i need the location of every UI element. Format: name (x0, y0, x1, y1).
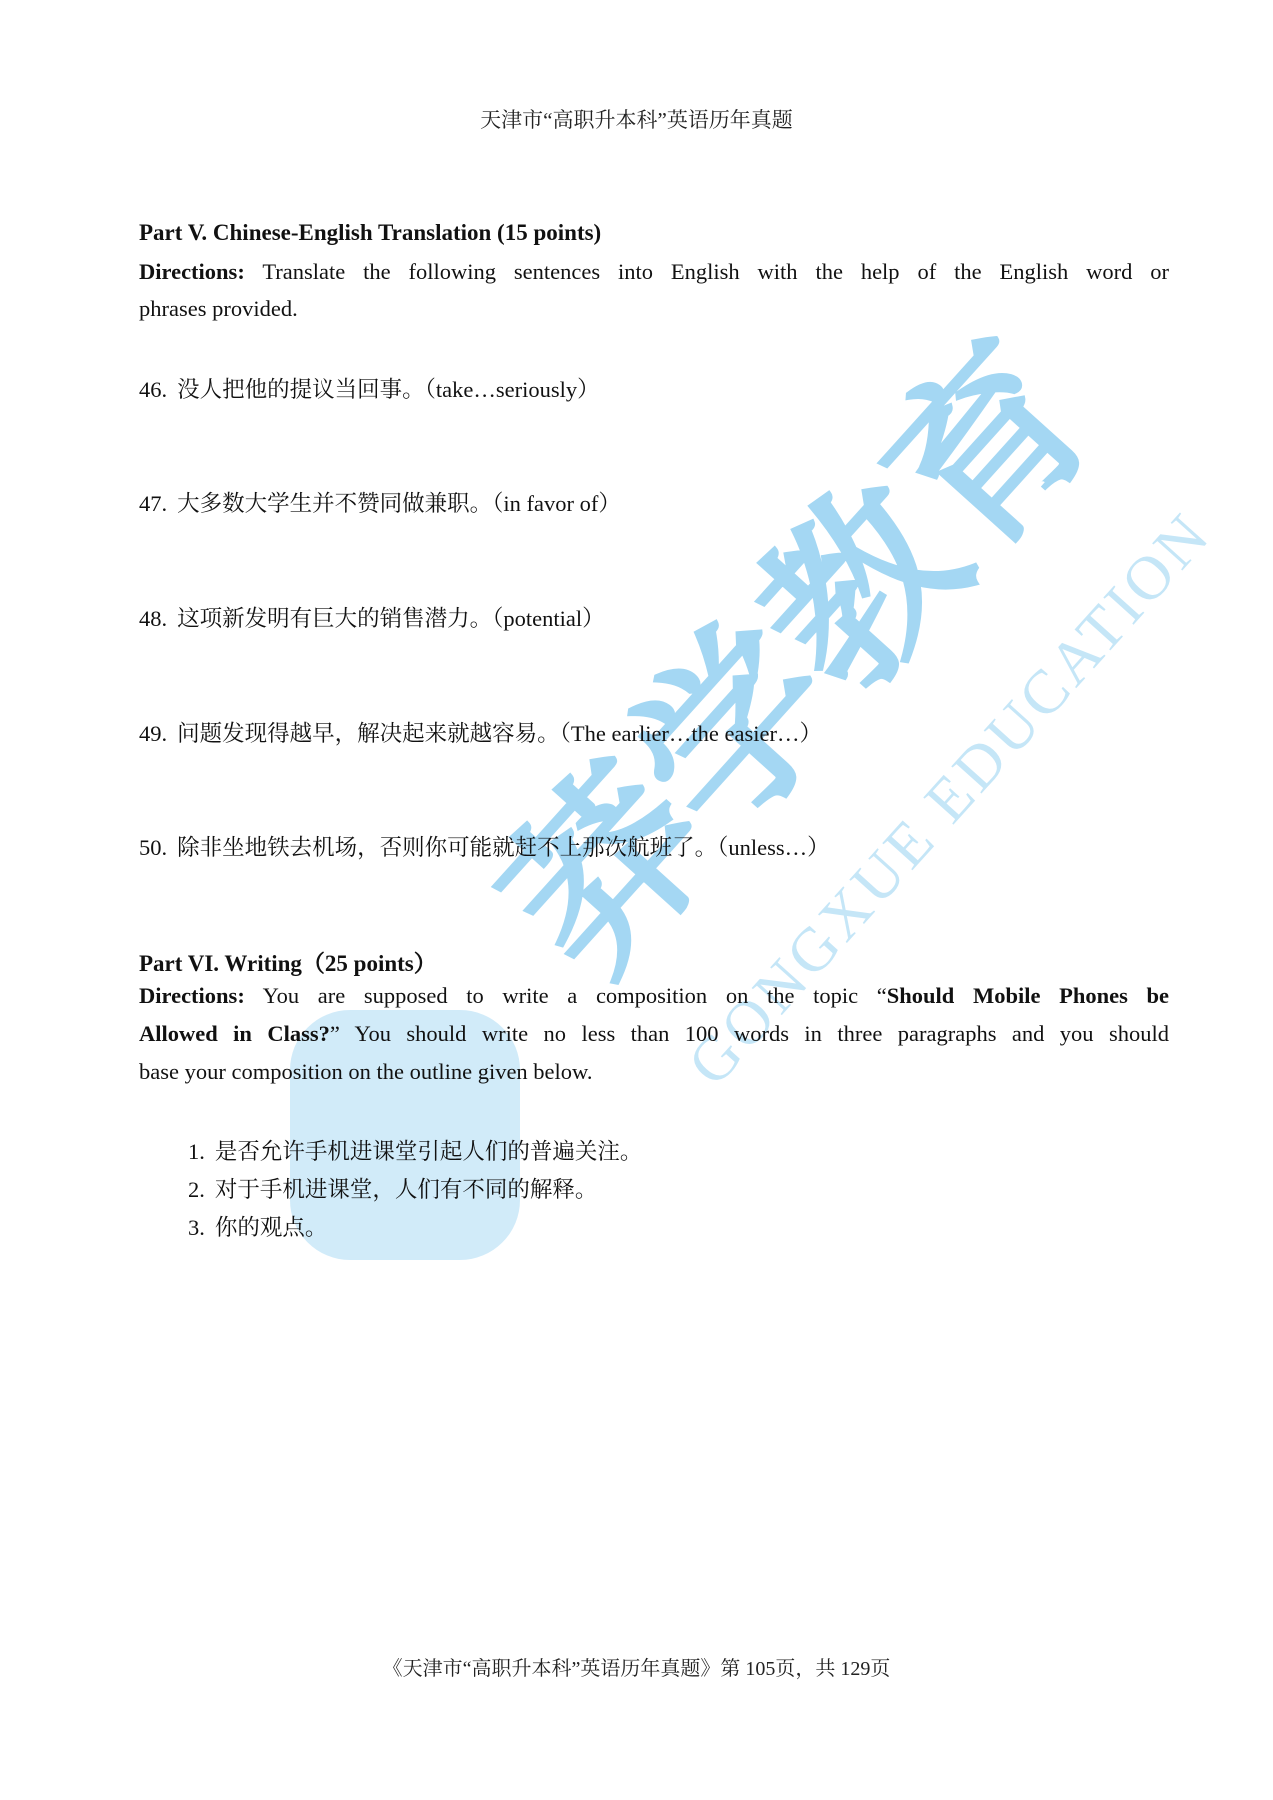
question-text: 除非坐地铁去机场，否则你可能就赶不上那次航班了。（unless…） (177, 835, 830, 860)
writing-topic: Should Mobile Phones be (887, 983, 1169, 1008)
directions-label: Directions: (139, 259, 245, 284)
question-48: 48.这项新发明有巨大的销售潜力。（potential） (139, 601, 605, 633)
outline-text: 是否允许手机进课堂引起人们的普遍关注。 (215, 1139, 643, 1164)
page-footer: 《天津市“高职升本科”英语历年真题》第 105页，共 129页 (0, 1652, 1273, 1681)
question-number: 50. (139, 835, 167, 860)
outline-text: 对于手机进课堂，人们有不同的解释。 (215, 1177, 598, 1202)
part6-directions-line3: base your composition on the outline giv… (139, 1059, 1169, 1085)
question-number: 47. (139, 491, 167, 516)
question-49: 49.问题发现得越早，解决起来就越容易。（The earlier…the eas… (139, 716, 822, 748)
directions-text: ” You should write no less than 100 word… (330, 1021, 1169, 1046)
directions-text: Translate the following sentences into E… (262, 259, 1169, 284)
question-50: 50.除非坐地铁去机场，否则你可能就赶不上那次航班了。（unless…） (139, 830, 830, 862)
writing-topic-cont: Allowed in Class? (139, 1021, 330, 1046)
outline-number: 1. (188, 1139, 205, 1164)
part6-directions-line1: Directions: You are supposed to write a … (139, 983, 1169, 1009)
directions-label: Directions: (139, 983, 245, 1008)
outline-number: 3. (188, 1215, 205, 1240)
question-text: 问题发现得越早，解决起来就越容易。（The earlier…the easier… (177, 721, 822, 746)
question-number: 46. (139, 377, 167, 402)
outline-number: 2. (188, 1177, 205, 1202)
question-text: 大多数大学生并不赞同做兼职。（in favor of） (177, 491, 621, 516)
question-46: 46.没人把他的提议当回事。（take…seriously） (139, 372, 600, 404)
part6-directions-line2: Allowed in Class?” You should write no l… (139, 1021, 1169, 1047)
watermark-chinese-text: 莽学教育 (463, 303, 1136, 1016)
part5-directions-line1: Directions: Translate the following sent… (139, 259, 1169, 285)
question-47: 47.大多数大学生并不赞同做兼职。（in favor of） (139, 486, 621, 518)
question-text: 没人把他的提议当回事。（take…seriously） (177, 377, 599, 402)
outline-item-2: 2.对于手机进课堂，人们有不同的解释。 (188, 1172, 597, 1204)
outline-text: 你的观点。 (215, 1215, 328, 1240)
outline-item-3: 3.你的观点。 (188, 1210, 327, 1242)
part5-directions-line2: phrases provided. (139, 296, 1169, 322)
page-header: 天津市“高职升本科”英语历年真题 (0, 104, 1273, 134)
question-number: 49. (139, 721, 167, 746)
outline-item-1: 1.是否允许手机进课堂引起人们的普遍关注。 (188, 1134, 642, 1166)
question-number: 48. (139, 606, 167, 631)
question-text: 这项新发明有巨大的销售潜力。（potential） (177, 606, 604, 631)
directions-text: You are supposed to write a composition … (263, 983, 887, 1008)
part6-title: Part VI. Writing（25 points） (139, 945, 437, 978)
part5-title: Part V. Chinese-English Translation (15 … (139, 220, 601, 246)
